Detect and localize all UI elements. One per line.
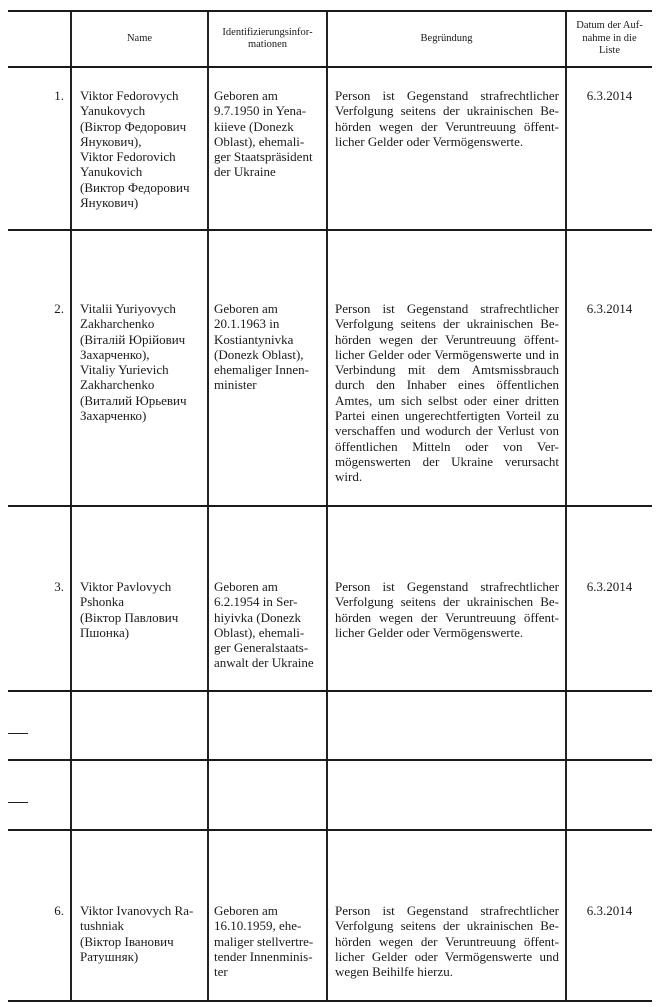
person-name: Viktor Pavlovych Pshonka (Віктор Павлови…	[70, 507, 207, 690]
row-number: 2.	[8, 231, 70, 505]
sanctions-table: Name Identifizierungsinfor- mationen Beg…	[8, 10, 652, 1002]
listing-date: 6.3.2014	[565, 231, 652, 505]
header-date-text: Datum der Auf- nahme in die Liste	[576, 20, 642, 58]
row-number-dash	[8, 761, 70, 829]
identification-info: Geboren am 16.10.1959, ehe- maliger stel…	[207, 831, 326, 1000]
header-identification-text: Identifizierungsinfor- mationen	[222, 27, 312, 52]
table-row: 2. Vitalii Yuriyovych Zakharchenko (Віта…	[8, 229, 652, 505]
identification-info: Geboren am 6.2.1954 in Ser- hiyivka (Don…	[207, 507, 326, 690]
header-number	[8, 12, 70, 66]
reason-empty	[326, 692, 565, 759]
dash-mark	[8, 733, 28, 734]
reason-text: Person ist Gegenstand strafrechtlicher V…	[326, 507, 565, 690]
reason-text: Person ist Gegenstand strafrechtlicher V…	[326, 231, 565, 505]
person-name-empty	[70, 761, 207, 829]
header-identification: Identifizierungsinfor- mationen	[207, 12, 326, 66]
table-row: 6. Viktor Ivanovych Ra- tushniak (Віктор…	[8, 829, 652, 1002]
listing-date: 6.3.2014	[565, 68, 652, 229]
date-empty	[565, 692, 652, 759]
date-empty	[565, 761, 652, 829]
row-number: 1.	[8, 68, 70, 229]
identification-info: Geboren am 20.1.1963 in Kostiantynivka (…	[207, 231, 326, 505]
table-row: 1. Viktor Fedorovych Yanukovych (Віктор …	[8, 66, 652, 229]
identification-empty	[207, 692, 326, 759]
reason-text: Person ist Gegenstand strafrechtlicher V…	[326, 831, 565, 1000]
table-header-row: Name Identifizierungsinfor- mationen Beg…	[8, 10, 652, 66]
row-number: 6.	[8, 831, 70, 1000]
identification-empty	[207, 761, 326, 829]
person-name-empty	[70, 692, 207, 759]
header-reason: Begründung	[326, 12, 565, 66]
listing-date: 6.3.2014	[565, 831, 652, 1000]
person-name: Viktor Ivanovych Ra- tushniak (Віктор Ів…	[70, 831, 207, 1000]
table-row-deleted	[8, 759, 652, 829]
header-name: Name	[70, 12, 207, 66]
table-row: 3. Viktor Pavlovych Pshonka (Віктор Павл…	[8, 505, 652, 690]
row-number-dash	[8, 692, 70, 759]
table-row-deleted	[8, 690, 652, 759]
dash-mark	[8, 802, 28, 803]
person-name: Viktor Fedorovych Yanukovych (Віктор Фед…	[70, 68, 207, 229]
header-date: Datum der Auf- nahme in die Liste	[565, 12, 652, 66]
reason-empty	[326, 761, 565, 829]
identification-info: Geboren am 9.7.1950 in Yena- kiieve (Don…	[207, 68, 326, 229]
person-name: Vitalii Yuriyovych Zakharchenko (Віталій…	[70, 231, 207, 505]
row-number: 3.	[8, 507, 70, 690]
listing-date: 6.3.2014	[565, 507, 652, 690]
reason-text: Person ist Gegenstand strafrechtlicher V…	[326, 68, 565, 229]
